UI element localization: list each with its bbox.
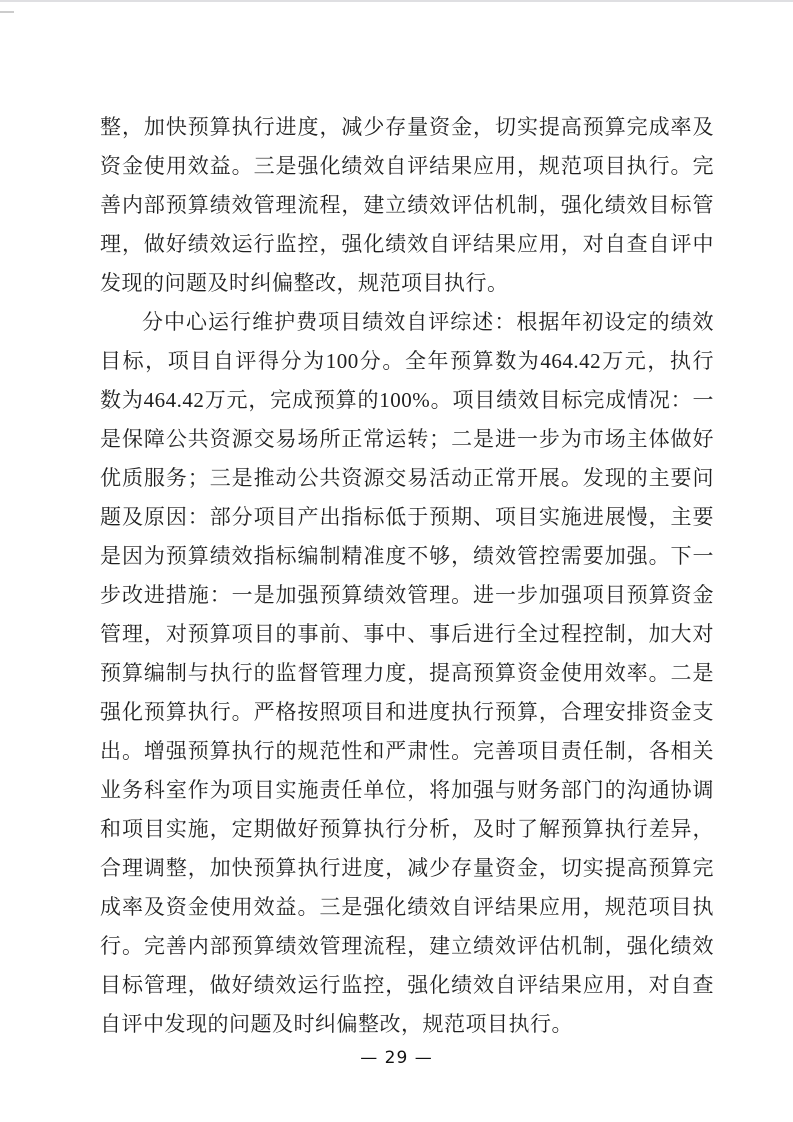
text-line: 优质服务；三是推动公共资源交易活动正常开展。发现的主要问 <box>100 459 714 498</box>
document-page: 整，加快预算执行进度，减少存量资金，切实提高预算完成率及资金使用效益。三是强化绩… <box>0 0 793 1122</box>
text-line: 整，加快预算执行进度，减少存量资金，切实提高预算完成率及 <box>100 108 714 147</box>
text-line: 发现的问题及时纠偏整改，规范项目执行。 <box>100 264 714 303</box>
text-line: 强化预算执行。严格按照项目和进度执行预算，合理安排资金支 <box>100 693 714 732</box>
text-line: 题及原因：部分项目产出指标低于预期、项目实施进展慢，主要 <box>100 498 714 537</box>
scan-artifact <box>0 11 14 13</box>
text-line: 出。增强预算执行的规范性和严肃性。完善项目责任制，各相关 <box>100 732 714 771</box>
text-line: 业务科室作为项目实施责任单位，将加强与财务部门的沟通协调 <box>100 771 714 810</box>
text-line: 步改进措施：一是加强预算绩效管理。进一步加强项目预算资金 <box>100 576 714 615</box>
text-line: 预算编制与执行的监督管理力度，提高预算资金使用效率。二是 <box>100 654 714 693</box>
text-line: 是保障公共资源交易场所正常运转；二是进一步为市场主体做好 <box>100 420 714 459</box>
text-line: 成率及资金使用效益。三是强化绩效自评结果应用，规范项目执 <box>100 888 714 927</box>
scan-edge-artifact <box>0 0 793 2</box>
text-line: 目标，项目自评得分为100分。全年预算数为464.42万元，执行 <box>100 342 714 381</box>
page-number: — 29 — <box>0 1048 793 1068</box>
text-line: 管理，对预算项目的事前、事中、事后进行全过程控制，加大对 <box>100 615 714 654</box>
text-line: 分中心运行维护费项目绩效自评综述：根据年初设定的绩效 <box>100 303 714 342</box>
text-line: 目标管理，做好绩效运行监控，强化绩效自评结果应用，对自查 <box>100 966 714 1005</box>
text-block: 整，加快预算执行进度，减少存量资金，切实提高预算完成率及资金使用效益。三是强化绩… <box>100 108 714 1044</box>
text-line: 行。完善内部预算绩效管理流程，建立绩效评估机制，强化绩效 <box>100 927 714 966</box>
text-line: 数为464.42万元，完成预算的100%。项目绩效目标完成情况：一 <box>100 381 714 420</box>
text-line: 自评中发现的问题及时纠偏整改，规范项目执行。 <box>100 1005 714 1044</box>
text-line: 理，做好绩效运行监控，强化绩效自评结果应用，对自查自评中 <box>100 225 714 264</box>
text-line: 资金使用效益。三是强化绩效自评结果应用，规范项目执行。完 <box>100 147 714 186</box>
text-line: 和项目实施，定期做好预算执行分析，及时了解预算执行差异， <box>100 810 714 849</box>
text-line: 是因为预算绩效指标编制精准度不够，绩效管控需要加强。下一 <box>100 537 714 576</box>
text-line: 合理调整，加快预算执行进度，减少存量资金，切实提高预算完 <box>100 849 714 888</box>
text-line: 善内部预算绩效管理流程，建立绩效评估机制，强化绩效目标管 <box>100 186 714 225</box>
